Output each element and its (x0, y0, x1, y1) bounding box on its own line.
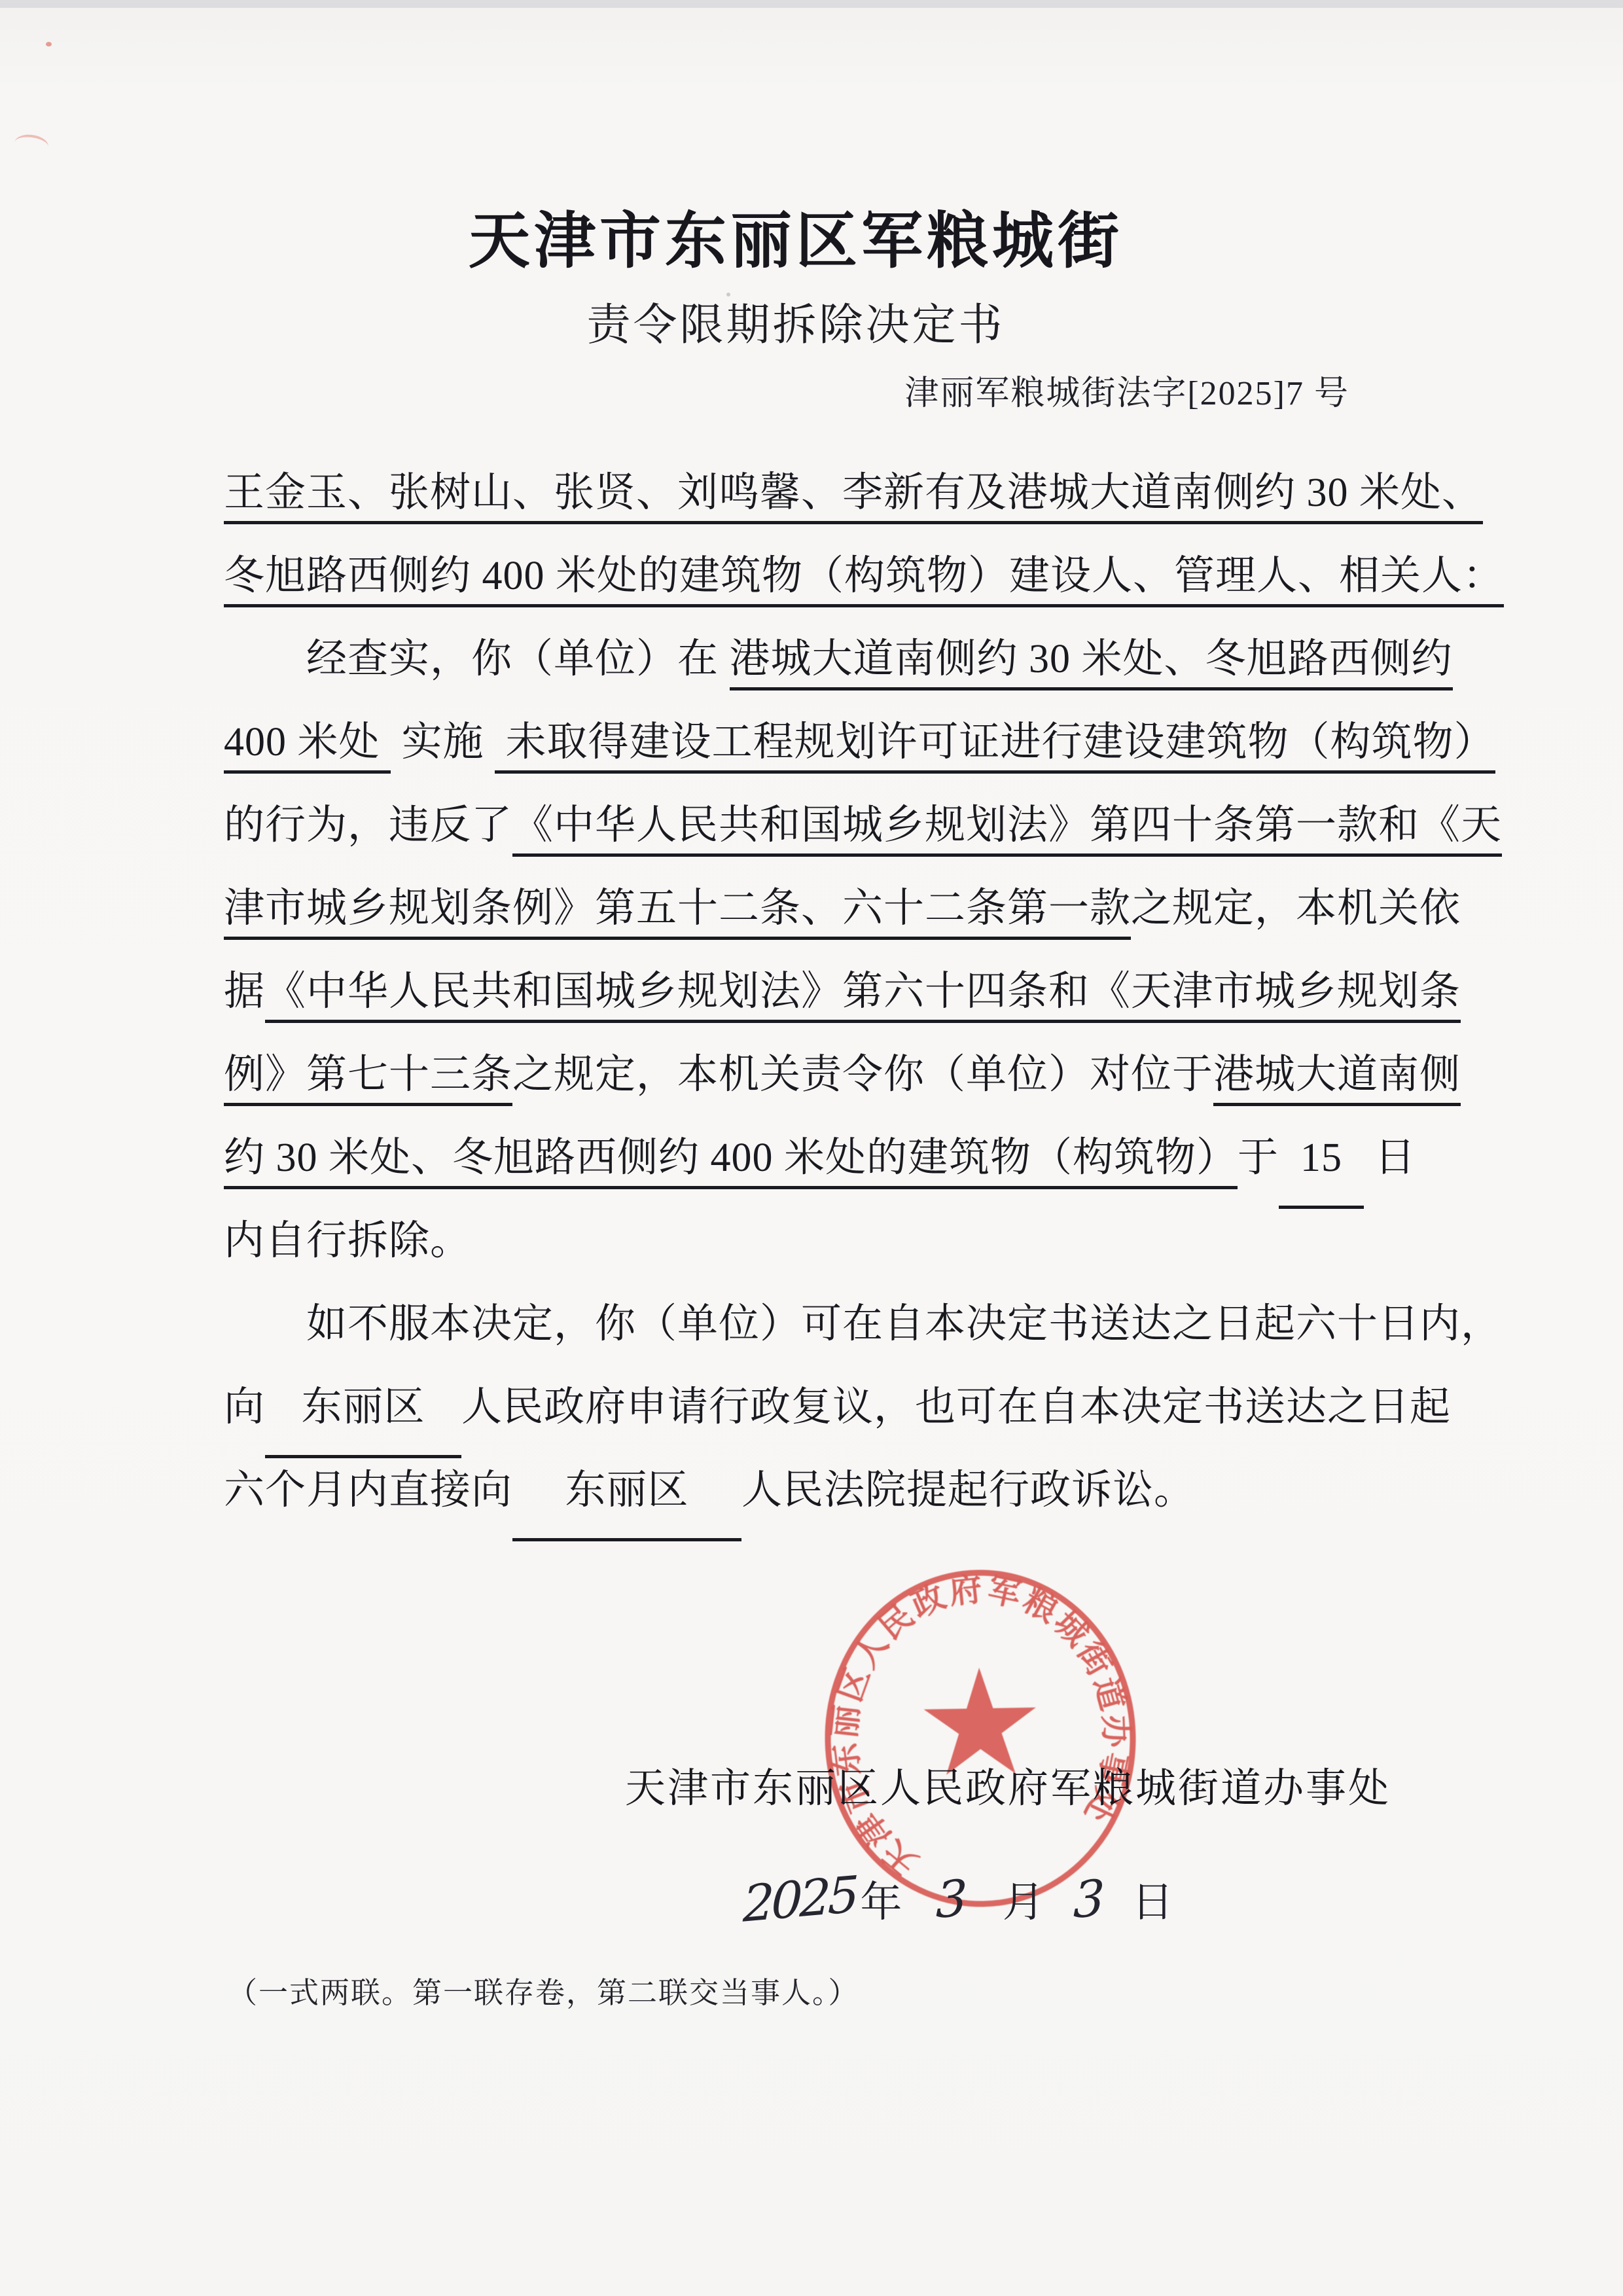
issuer-signature: 天津市东丽区人民政府军粮城街道办事处 (622, 1755, 1394, 1814)
body-text: 人民政府申请行政复议，也可在自本决定书送达之日起 (461, 1385, 1451, 1429)
filled-blank-text: 《中华人民共和国城乡规划法》第六十四条和《天津市城乡规划条 (265, 969, 1461, 1023)
date-day-handwritten: 3 (1073, 1869, 1102, 1929)
copies-note: （一式两联。第一联存卷，第二联交当事人。） (228, 1969, 859, 2011)
body-line: 经查实，你（单位）在 港城大道南侧约 30 米处、冬旭路西侧约 (224, 618, 1370, 701)
body-line: 津市城乡规划条例》第五十二条、六十二条第一款之规定，本机关依 (224, 867, 1370, 950)
filled-blank-text: 约 30 米处、冬旭路西侧约 400 米处的建筑物（构筑物） (224, 1136, 1238, 1189)
filled-blank-text: 东丽区 (512, 1449, 741, 1541)
body-text: 据 (224, 969, 265, 1014)
body-line: 例》第七十三条之规定，本机关责令你（单位）对位于港城大道南侧 (224, 1033, 1370, 1117)
filled-blank-text: 港城大道南侧约 30 米处、冬旭路西侧约 (730, 637, 1453, 691)
body-text: 经查实，你（单位）在 (306, 637, 730, 681)
body-text: 人民法院提起行政诉讼。 (741, 1468, 1195, 1513)
body-text: 六个月内直接向 (224, 1468, 512, 1513)
body-line: 冬旭路西侧约 400 米处的建筑物（构筑物）建设人、管理人、相关人： (224, 535, 1370, 618)
filled-blank-text: 15 (1279, 1117, 1364, 1209)
body-line: 约 30 米处、冬旭路西侧约 400 米处的建筑物（构筑物）于15 日 (224, 1117, 1370, 1200)
scanned-document-page: 天津市东丽区军粮城街 责令限期拆除决定书 津丽军粮城街法字[2025]7 号 王… (0, 0, 1623, 2296)
document-body: 王金玉、张树山、张贤、刘鸣馨、李新有及港城大道南侧约 30 米处、冬旭路西侧约 … (224, 452, 1370, 1532)
document-number: 津丽军粮城街法字[2025]7 号 (904, 365, 1349, 414)
document-title: 天津市东丽区军粮城街 (223, 191, 1369, 279)
body-text: 于 (1238, 1136, 1279, 1180)
body-text: 之规定，本机关依 (1131, 886, 1461, 931)
body-line: 王金玉、张树山、张贤、刘鸣馨、李新有及港城大道南侧约 30 米处、 (224, 452, 1370, 535)
body-text: 向 (224, 1385, 265, 1429)
date-year-handwritten: 2025 (743, 1865, 857, 1933)
date-day-label: 日 (1132, 1879, 1173, 1926)
body-text: 内自行拆除。 (224, 1219, 471, 1263)
date-month-handwritten: 3 (936, 1869, 965, 1929)
filled-blank-text: 400 米处 (224, 720, 391, 774)
filled-blank-text: 东丽区 (265, 1366, 461, 1458)
filled-blank-text: 王金玉、张树山、张贤、刘鸣馨、李新有及港城大道南侧约 30 米处、 (224, 471, 1483, 524)
body-line: 400 米处 实施 未取得建设工程规划许可证进行建设建筑物（构筑物） (224, 701, 1370, 784)
body-text: 之规定，本机关责令你（单位）对位于 (512, 1052, 1213, 1097)
body-line: 六个月内直接向东丽区人民法院提起行政诉讼。 (224, 1449, 1370, 1532)
body-line: 向东丽区人民政府申请行政复议，也可在自本决定书送达之日起 (224, 1366, 1370, 1449)
date-year-label: 年 (860, 1879, 902, 1926)
body-line: 据《中华人民共和国城乡规划法》第六十四条和《天津市城乡规划条 (224, 950, 1370, 1033)
scan-speck (13, 133, 50, 157)
scan-speck (46, 42, 52, 46)
filled-blank-text: 例》第七十三条 (224, 1052, 512, 1106)
document-subtitle: 责令限期拆除决定书 (223, 290, 1369, 353)
date-month-label: 月 (1003, 1879, 1044, 1926)
body-text: 实施 (391, 720, 495, 764)
body-line: 的行为，违反了《中华人民共和国城乡规划法》第四十条第一款和《天 (224, 784, 1370, 867)
filled-blank-text: 津市城乡规划条例》第五十二条、六十二条第一款 (224, 886, 1131, 940)
filled-blank-text: 港城大道南侧 (1213, 1052, 1461, 1106)
body-line: 如不服本决定，你（单位）可在自本决定书送达之日起六十日内， (224, 1283, 1370, 1366)
body-text: 如不服本决定，你（单位）可在自本决定书送达之日起六十日内， (306, 1302, 1502, 1346)
body-line: 内自行拆除。 (224, 1200, 1370, 1283)
issue-date: 2025年3月3日 (743, 1869, 1266, 1929)
body-text: 日 (1364, 1136, 1416, 1180)
filled-blank-text: 未取得建设工程规划许可证进行建设建筑物（构筑物） (495, 720, 1495, 774)
body-text: 的行为，违反了 (224, 803, 512, 848)
filled-blank-text: 冬旭路西侧约 400 米处的建筑物（构筑物）建设人、管理人、相关人： (224, 554, 1504, 607)
filled-blank-text: 《中华人民共和国城乡规划法》第四十条第一款和《天 (512, 803, 1502, 857)
scanner-edge-artifact (0, 0, 1623, 8)
